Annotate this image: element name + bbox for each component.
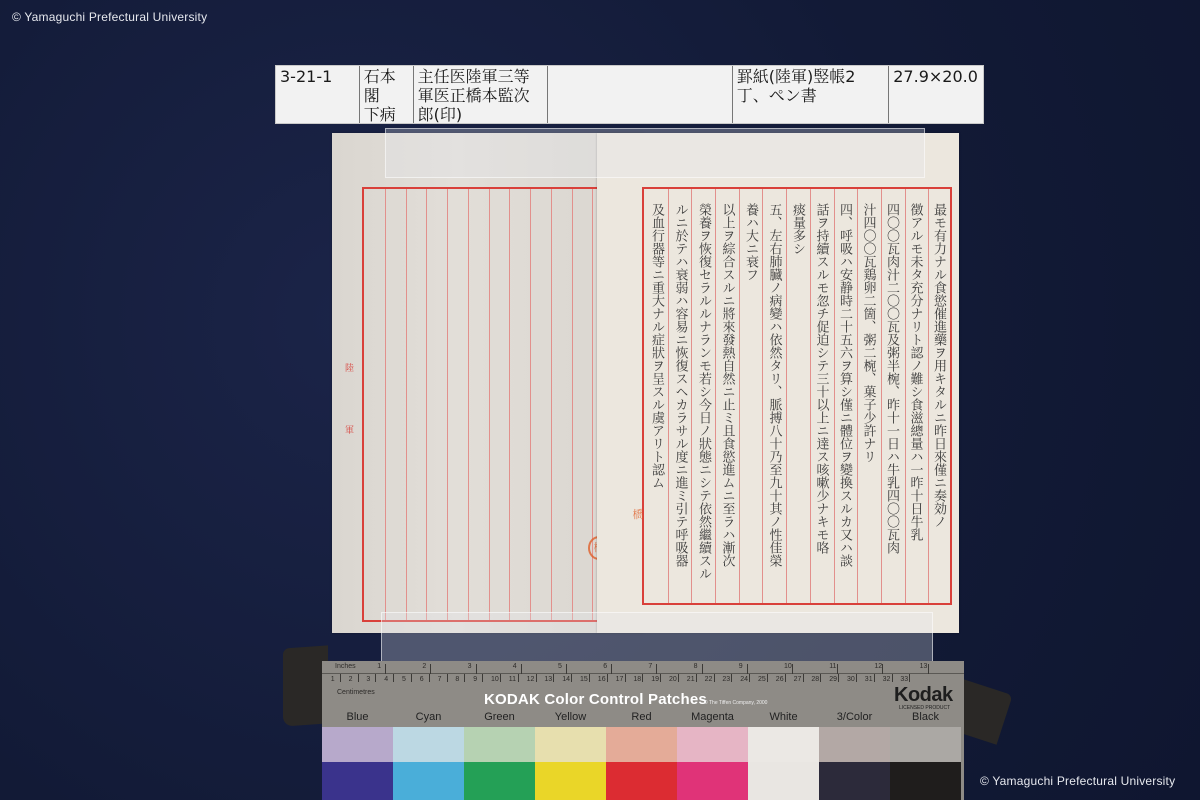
cm-tick-label: 1 bbox=[331, 676, 335, 683]
cm-tick-label: 6 bbox=[420, 676, 424, 683]
inch-tick-label: 4 bbox=[513, 663, 517, 670]
acrylic-clip-bottom bbox=[381, 612, 933, 662]
patch-light-magenta bbox=[677, 727, 748, 762]
text-column: 及血行器等ニ重大ナル症狀ヲ呈スル虞アリト認ム bbox=[645, 203, 667, 489]
patch-dark-blue bbox=[322, 762, 393, 800]
ruler-tick bbox=[375, 674, 376, 682]
ruler-inches-label: Inches bbox=[335, 663, 356, 670]
ruler-tick bbox=[430, 664, 431, 674]
text-column: ルニ於テハ衰弱ハ容易ニ恢復スヘカラサル度ニ進ミ引テ呼吸器 bbox=[669, 203, 691, 567]
ruler-tick bbox=[429, 674, 430, 682]
left-margin-mark-2: 軍 bbox=[345, 423, 354, 436]
cm-tick-label: 29 bbox=[829, 676, 837, 683]
text-column: 五、左右肺臓ノ病變ハ依然タリ、脈搏八十乃至九十其ノ性佳榮 bbox=[763, 203, 785, 567]
cm-tick-label: 16 bbox=[598, 676, 606, 683]
ruler-centimetres: 1234567891011121314151617181920212223242… bbox=[322, 674, 964, 687]
cm-tick-label: 24 bbox=[740, 676, 748, 683]
patch-dark-black bbox=[890, 762, 961, 800]
cm-tick-label: 11 bbox=[509, 676, 516, 683]
ruler-tick bbox=[702, 664, 703, 674]
cm-tick-label: 22 bbox=[705, 676, 713, 683]
ruler-tick bbox=[553, 674, 554, 682]
ruled-line bbox=[426, 189, 427, 620]
cm-tick-label: 25 bbox=[758, 676, 766, 683]
ruler-tick bbox=[642, 674, 643, 682]
cm-tick-label: 26 bbox=[776, 676, 784, 683]
cm-tick-label: 19 bbox=[651, 676, 659, 683]
catalog-author: 主任医陸軍三等 軍医正橋本監次 郎(印) bbox=[414, 66, 549, 123]
patch-label-red: Red bbox=[606, 711, 677, 723]
patch-dark-white bbox=[748, 762, 819, 800]
ruler-tick bbox=[611, 664, 612, 674]
ruled-line bbox=[385, 189, 386, 620]
ruler-tick bbox=[909, 674, 910, 682]
cm-tick-label: 32 bbox=[883, 676, 891, 683]
ruler-tick bbox=[785, 674, 786, 682]
patch-dark-magenta bbox=[677, 762, 748, 800]
seam-seal-stamp: 橋 bbox=[627, 503, 649, 527]
ruler-tick bbox=[500, 674, 501, 682]
ruled-line bbox=[489, 189, 490, 620]
cm-tick-label: 2 bbox=[349, 676, 353, 683]
catalog-size: 27.9×20.0 bbox=[889, 66, 983, 123]
ruler-tick bbox=[566, 664, 567, 674]
patch-dark-green bbox=[464, 762, 535, 800]
patch-light-yellow bbox=[535, 727, 606, 762]
ruler-centimetres-label: Centimetres bbox=[337, 689, 375, 696]
ruled-line bbox=[509, 189, 510, 620]
patch-label-green: Green bbox=[464, 711, 535, 723]
ruler-tick bbox=[820, 674, 821, 682]
inch-tick-label: 2 bbox=[422, 663, 426, 670]
text-column: 痰量多シ bbox=[786, 203, 808, 255]
text-column: 汁四〇〇瓦鶏卵二箇、粥二椀、菓子少許ナリ bbox=[857, 203, 879, 463]
patch-light-white bbox=[748, 727, 819, 762]
ruler-tick bbox=[660, 674, 661, 682]
inch-tick-label: 10 bbox=[784, 663, 792, 670]
ruler-tick bbox=[696, 674, 697, 682]
cm-tick-label: 7 bbox=[438, 676, 442, 683]
catalog-id: 3-21-1 bbox=[276, 66, 360, 123]
cm-tick-label: 31 bbox=[865, 676, 873, 683]
inch-tick-label: 12 bbox=[874, 663, 882, 670]
cm-tick-label: 3 bbox=[366, 676, 370, 683]
ruled-line bbox=[468, 189, 469, 620]
ruler-tick bbox=[536, 674, 537, 682]
kodak-copyright: © The Tiffen Company, 2000 bbox=[704, 700, 767, 706]
ruler-tick bbox=[656, 664, 657, 674]
copyright-watermark-bottom: © Yamaguchi Prefectural University bbox=[980, 774, 1175, 788]
patch-label-magenta: Magenta bbox=[677, 711, 748, 723]
catalog-blank-cell bbox=[548, 66, 732, 123]
ruler-tick bbox=[714, 674, 715, 682]
cm-tick-label: 9 bbox=[473, 676, 477, 683]
ruled-line bbox=[572, 189, 573, 620]
cm-tick-label: 30 bbox=[847, 676, 855, 683]
patch-label-black: Black bbox=[890, 711, 961, 723]
ruler-tick bbox=[447, 674, 448, 682]
ruler-tick bbox=[385, 664, 386, 674]
text-column: 養ハ大ニ衰フ bbox=[739, 203, 761, 281]
ruler-tick bbox=[928, 664, 929, 674]
patch-dark-3-color bbox=[819, 762, 890, 800]
ruled-line bbox=[406, 189, 407, 620]
cm-tick-label: 4 bbox=[384, 676, 388, 683]
cm-tick-label: 17 bbox=[616, 676, 624, 683]
inch-tick-label: 13 bbox=[920, 663, 928, 670]
ruler-tick bbox=[358, 674, 359, 682]
inch-tick-label: 8 bbox=[694, 663, 698, 670]
ruler-tick bbox=[767, 674, 768, 682]
ruler-tick bbox=[882, 664, 883, 674]
inch-tick-label: 9 bbox=[739, 663, 743, 670]
patch-light-cyan bbox=[393, 727, 464, 762]
catalog-title: 石本閣 下病況 概要 bbox=[360, 66, 414, 123]
patch-light-black bbox=[890, 727, 961, 762]
ruler-tick bbox=[747, 664, 748, 674]
cm-tick-label: 23 bbox=[722, 676, 730, 683]
patch-dark-cyan bbox=[393, 762, 464, 800]
text-column: 徴アルモ未タ充分ナリト認ノ難シ食滋總量ハ一昨十日牛乳 bbox=[904, 203, 926, 541]
ruler-tick bbox=[340, 674, 341, 682]
kodak-color-target: Inches 12345678910111213 123456789101112… bbox=[322, 661, 964, 800]
ruler-tick bbox=[589, 674, 590, 682]
patch-dark-yellow bbox=[535, 762, 606, 800]
cm-tick-label: 5 bbox=[402, 676, 406, 683]
patch-label-yellow: Yellow bbox=[535, 711, 606, 723]
right-page: 橋 最モ有力ナル食慾催進藥ヲ用キタルニ昨日來僅ニ奏効ノ徴アルモ未タ充分ナリト認ノ… bbox=[597, 133, 959, 633]
inch-tick-label: 1 bbox=[377, 663, 381, 670]
ruler-tick bbox=[749, 674, 750, 682]
patch-label-white: White bbox=[748, 711, 819, 723]
cm-tick-label: 15 bbox=[580, 676, 588, 683]
inch-tick-label: 11 bbox=[829, 663, 836, 670]
text-column: 榮養ヲ恢復セラルルナランモ若シ今日ノ狀態ニシテ依然繼續スル bbox=[692, 203, 714, 580]
text-column: 最モ有力ナル食慾催進藥ヲ用キタルニ昨日來僅ニ奏効ノ bbox=[927, 203, 949, 528]
inch-tick-label: 7 bbox=[648, 663, 652, 670]
cm-tick-label: 8 bbox=[455, 676, 459, 683]
inch-tick-label: 6 bbox=[603, 663, 607, 670]
ruler-tick bbox=[856, 674, 857, 682]
text-column: 四〇〇瓦肉汁二〇〇瓦及粥半椀、昨十一日ハ牛乳四〇〇瓦肉 bbox=[880, 203, 902, 554]
cm-tick-label: 27 bbox=[794, 676, 802, 683]
cm-tick-label: 14 bbox=[562, 676, 570, 683]
ruled-line bbox=[551, 189, 552, 620]
ruler-tick bbox=[607, 674, 608, 682]
kodak-title: KODAK Color Control Patches bbox=[484, 691, 707, 708]
ruler-tick bbox=[464, 674, 465, 682]
ruler-tick bbox=[678, 674, 679, 682]
text-column: 話ヲ持續スルモ忽チ促迫シテ三十以上ニ達ス咳嗽少ナキモ咯 bbox=[810, 203, 832, 554]
ruler-tick bbox=[411, 674, 412, 682]
cm-tick-label: 28 bbox=[811, 676, 819, 683]
patch-label-blue: Blue bbox=[322, 711, 393, 723]
catalog-material: 罫紙(陸軍)竪帳2 丁、ペン書 bbox=[733, 66, 890, 123]
ruler-tick bbox=[393, 674, 394, 682]
text-column: 以上ヲ綜合スルニ將來發熱自然ニ止ミ且食慾進ムニ至ラハ漸次 bbox=[716, 203, 738, 567]
ruler-tick bbox=[625, 674, 626, 682]
cm-tick-label: 20 bbox=[669, 676, 677, 683]
patch-label-cyan: Cyan bbox=[393, 711, 464, 723]
cm-tick-label: 10 bbox=[491, 676, 499, 683]
ruler-tick bbox=[521, 664, 522, 674]
patch-light-red bbox=[606, 727, 677, 762]
ruler-tick bbox=[731, 674, 732, 682]
ruler-tick bbox=[476, 664, 477, 674]
inch-tick-label: 3 bbox=[468, 663, 472, 670]
patch-light-blue bbox=[322, 727, 393, 762]
patch-light-3-color bbox=[819, 727, 890, 762]
ruler-tick bbox=[518, 674, 519, 682]
cm-tick-label: 33 bbox=[900, 676, 908, 683]
patch-label-3-color: 3/Color bbox=[819, 711, 890, 723]
catalog-label: 3-21-1 石本閣 下病況 概要 主任医陸軍三等 軍医正橋本監次 郎(印) 罫… bbox=[275, 65, 984, 124]
cm-tick-label: 13 bbox=[544, 676, 552, 683]
acrylic-clip-top bbox=[385, 128, 925, 178]
patch-dark-red bbox=[606, 762, 677, 800]
ruler-tick bbox=[482, 674, 483, 682]
ruler-tick bbox=[837, 664, 838, 674]
copyright-watermark-top: © Yamaguchi Prefectural University bbox=[12, 10, 207, 24]
patch-light-green bbox=[464, 727, 535, 762]
cm-tick-label: 21 bbox=[687, 676, 695, 683]
cm-tick-label: 18 bbox=[633, 676, 641, 683]
text-column: 四、呼吸ハ安静時二十五六ヲ算シ僅ニ體位ヲ變換スルカ又ハ談 bbox=[833, 203, 855, 567]
ruler-tick bbox=[803, 674, 804, 682]
ruler-tick bbox=[874, 674, 875, 682]
left-margin-mark-1: 陸 bbox=[345, 361, 354, 374]
ruler-tick bbox=[838, 674, 839, 682]
kodak-logo: Kodak bbox=[894, 684, 953, 707]
ruler-tick bbox=[892, 674, 893, 682]
cm-tick-label: 12 bbox=[527, 676, 535, 683]
inch-tick-label: 5 bbox=[558, 663, 562, 670]
ruler-tick bbox=[571, 674, 572, 682]
ruler-tick bbox=[792, 664, 793, 674]
ruler-inches: Inches 12345678910111213 bbox=[322, 661, 964, 674]
ruled-line bbox=[530, 189, 531, 620]
ruled-line bbox=[447, 189, 448, 620]
